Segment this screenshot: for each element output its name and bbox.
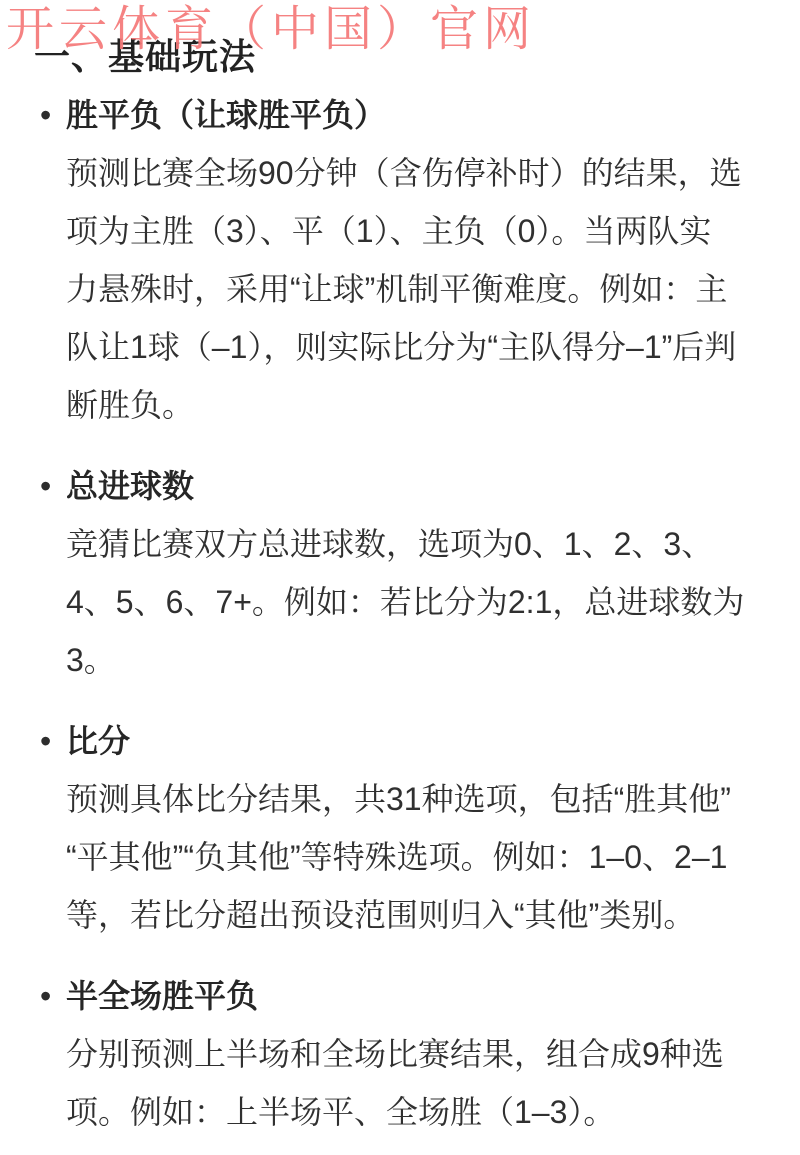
list-item: • 比分 预测具体比分结果，共31种选项，包括“胜其他” “平其他”“负其他”等… <box>34 712 780 944</box>
bullet-icon: • <box>40 967 51 1025</box>
play-type-description: 分别预测上半场和全场比赛结果，组合成9种选 项。例如：上半场平、全场胜（1–3）… <box>66 1025 780 1141</box>
play-type-title: 半全场胜平负 <box>66 967 780 1025</box>
list-item: • 胜平负（让球胜平负） 预测比赛全场90分钟（含伤停补时）的结果，选 项为主胜… <box>34 86 780 434</box>
list-item: • 总进球数 竞猜比赛双方总进球数，选项为0、1、2、3、 4、5、6、7+。例… <box>34 457 780 689</box>
play-type-description: 预测具体比分结果，共31种选项，包括“胜其他” “平其他”“负其他”等特殊选项。… <box>66 770 780 944</box>
play-type-title: 比分 <box>66 712 780 770</box>
article-content: 一、基础玩法 • 胜平负（让球胜平负） 预测比赛全场90分钟（含伤停补时）的结果… <box>0 0 800 1141</box>
document-page: 开云体育（中国）官网 一、基础玩法 • 胜平负（让球胜平负） 预测比赛全场90分… <box>0 0 800 1155</box>
page-title: 一、基础玩法 <box>34 28 780 86</box>
play-type-title: 总进球数 <box>66 457 780 515</box>
bullet-icon: • <box>40 86 51 144</box>
play-type-description: 预测比赛全场90分钟（含伤停补时）的结果，选 项为主胜（3）、平（1）、主负（0… <box>66 144 780 434</box>
bullet-icon: • <box>40 457 51 515</box>
play-type-list: • 胜平负（让球胜平负） 预测比赛全场90分钟（含伤停补时）的结果，选 项为主胜… <box>34 86 780 1141</box>
list-item: • 半全场胜平负 分别预测上半场和全场比赛结果，组合成9种选 项。例如：上半场平… <box>34 967 780 1141</box>
play-type-description: 竞猜比赛双方总进球数，选项为0、1、2、3、 4、5、6、7+。例如：若比分为2… <box>66 515 780 689</box>
bullet-icon: • <box>40 712 51 770</box>
play-type-title: 胜平负（让球胜平负） <box>66 86 780 144</box>
